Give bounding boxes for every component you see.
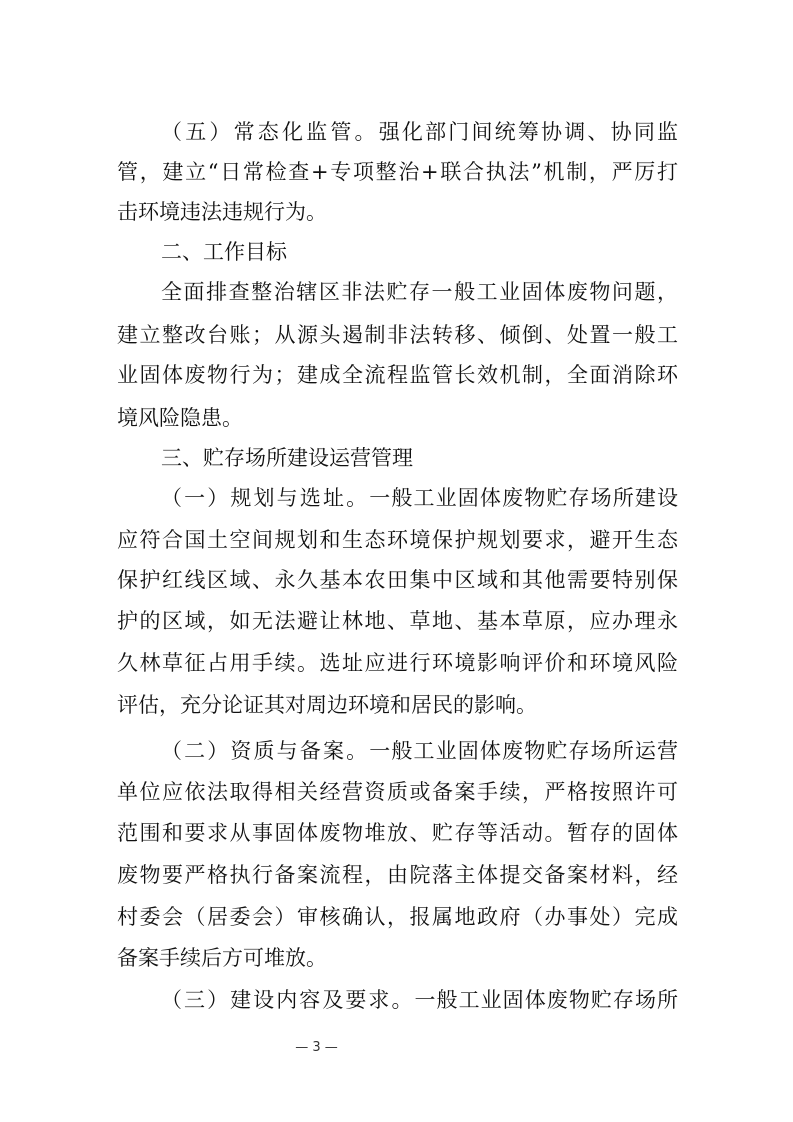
paragraph-line: 备案手续后方可堆放。 <box>117 943 678 973</box>
paragraph-line: 建立整改台账；从源头遏制非法转移、倾倒、处置一般工 <box>117 320 678 350</box>
section-heading: 三、贮存场所建设运营管理 <box>161 443 678 473</box>
paragraph-line: 单位应依法取得相关经营资质或备案手续，严格按照许可 <box>117 777 678 807</box>
paragraph-line: 境风险隐患。 <box>117 403 678 433</box>
paragraph-line: 久林草征占用手续。选址应进行环境影响评价和环境风险 <box>117 648 678 678</box>
paragraph-text: 一般工业固体废物贮存场所建设 <box>369 486 678 510</box>
item-label: （二）资质与备案。 <box>161 739 369 763</box>
paragraph-line: 击环境违法违规行为。 <box>117 197 678 227</box>
paragraph-line: 评估，充分论证其对周边环境和居民的影响。 <box>117 690 678 720</box>
paragraph-line: （五）常态化监管。强化部门间统筹协调、协同监 <box>161 117 678 147</box>
paragraph-line: 护的区域，如无法避让林地、草地、基本草原，应办理永 <box>117 606 678 636</box>
paragraph-line: 废物要严格执行备案流程，由院落主体提交备案材料，经 <box>117 860 678 890</box>
document-page: （五）常态化监管。强化部门间统筹协调、协同监 管，建立“日常检查+专项整治+联合… <box>0 0 793 1122</box>
paragraph-line: 应符合国土空间规划和生态环境保护规划要求，避开生态 <box>117 525 678 555</box>
item-label: （一）规划与选址。 <box>161 486 369 510</box>
paragraph-text: 一般工业固体废物贮存场所运营 <box>369 739 678 763</box>
paragraph-line: 村委会（居委会）审核确认，报属地政府（办事处）完成 <box>117 902 678 932</box>
paragraph-line: 范围和要求从事固体废物堆放、贮存等活动。暂存的固体 <box>117 818 678 848</box>
paragraph-line: 保护红线区域、永久基本农田集中区域和其他需要特别保 <box>117 565 678 595</box>
paragraph-text: 强化部门间统筹协调、协同监 <box>379 120 678 144</box>
paragraph-line: （三）建设内容及要求。一般工业固体废物贮存场所 <box>161 985 678 1015</box>
page-number: — 3 — <box>0 1040 793 1055</box>
paragraph-line: 全面排查整治辖区非法贮存一般工业固体废物问题， <box>161 277 678 307</box>
paragraph-text: 一般工业固体废物贮存场所 <box>415 988 679 1012</box>
item-label: （三）建设内容及要求。 <box>161 988 415 1012</box>
item-label: （五）常态化监管。 <box>161 120 379 144</box>
paragraph-line: 业固体废物行为；建成全流程监管长效机制，全面消除环 <box>117 360 678 390</box>
section-heading: 二、工作目标 <box>161 237 678 267</box>
paragraph-line: 管，建立“日常检查+专项整治+联合执法”机制，严厉打 <box>117 157 678 187</box>
paragraph-line: （一）规划与选址。一般工业固体废物贮存场所建设 <box>161 483 678 513</box>
paragraph-line: （二）资质与备案。一般工业固体废物贮存场所运营 <box>161 736 678 766</box>
